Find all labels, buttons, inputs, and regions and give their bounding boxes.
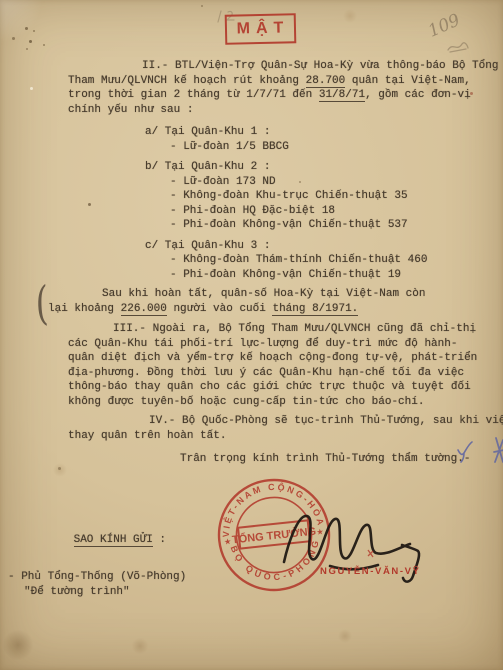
paper-stain xyxy=(43,44,45,46)
doc-line: - Không-đoàn Khu-trục Chiến-thuật 35 xyxy=(68,189,476,204)
paragraph: c/ Tại Quân-Khu 3 :- Không-đoàn Thám-thí… xyxy=(68,239,476,283)
doc-line: - Phi-đoàn Không-vận Chiến-thuật 537 xyxy=(68,218,476,233)
doc-line: IV.- Bộ Quốc-Phòng sẽ tục-trình Thủ-Tướn… xyxy=(68,414,476,429)
doc-line: lại khoảng 226.000 người vào cuối tháng … xyxy=(48,302,476,317)
doc-text: - Không-đoàn Khu-trục Chiến-thuật 35 xyxy=(170,190,408,202)
document-body: II.- BTL/Viện-Trợ Quân-Sự Hoa-Kỳ vừa thô… xyxy=(68,59,476,467)
doc-text: a/ Tại Quân-Khu 1 : xyxy=(145,126,270,138)
footer-line: "Để tường trình" xyxy=(24,585,186,600)
pencil-scribble xyxy=(446,40,470,54)
paragraph: III.- Ngoài ra, Bộ Tổng Tham Mưu/QLVNCH … xyxy=(68,322,476,409)
doc-text: không được tuyên-bố hoặc cung-cấp tin-tứ… xyxy=(68,396,424,408)
closing-handwritten-mark xyxy=(456,440,476,464)
doc-text: 28.700 xyxy=(306,75,346,88)
doc-line: - Phi-đoàn Không-vận Chiến-thuật 19 xyxy=(68,268,476,283)
footer-heading-colon: : xyxy=(153,534,166,546)
paragraph: Trân trọng kính trình Thủ-Tướng thẩm tườ… xyxy=(68,452,476,467)
doc-text: các Quân-Khu tái phối-trí lực-lượng để d… xyxy=(68,338,457,350)
doc-line: Sau khi hoàn tất, quân-số Hoa-Kỳ tại Việ… xyxy=(68,287,476,302)
doc-text: c/ Tại Quân-Khu 3 : xyxy=(145,240,270,252)
doc-line: - Phi-đoàn HQ Đặc-biệt 18 xyxy=(68,204,476,219)
paper-stain xyxy=(26,48,28,50)
doc-text: Tham Mưu/QLVNCH kế hoạch rút khoảng xyxy=(68,75,306,87)
doc-text: - Phi-đoàn HQ Đặc-biệt 18 xyxy=(170,205,335,217)
doc-text: - Không-đoàn Thám-thính Chiến-thuật 460 xyxy=(170,254,427,266)
doc-text: - Phi-đoàn Không-vận Chiến-thuật 537 xyxy=(170,219,408,231)
doc-text: quân diệt địch và yểm-trợ kế hoạch cộng-… xyxy=(68,352,477,364)
doc-text: Sau khi hoàn tất, quân-số Hoa-Kỳ tại Việ… xyxy=(102,288,425,300)
footer-heading-text: SAO KÍNH GỬI xyxy=(74,534,153,547)
doc-text: IV.- Bộ Quốc-Phòng sẽ tục-trình Thủ-Tướn… xyxy=(149,415,503,427)
doc-text: - Phi-đoàn Không-vận Chiến-thuật 19 xyxy=(170,269,401,281)
footer-heading: SAO KÍNH GỬI : xyxy=(34,518,186,563)
paragraph: Sau khi hoàn tất, quân-số Hoa-Kỳ tại Việ… xyxy=(68,287,476,316)
doc-line: các Quân-Khu tái phối-trí lực-lượng để d… xyxy=(68,337,476,352)
doc-line: địa-phương. Đồng thời lưu ý các Quân-Khu… xyxy=(68,366,476,381)
doc-line: - Lữ-đoàn 1/5 BBCG xyxy=(68,140,476,155)
doc-line: - Lữ-đoàn 173 ND xyxy=(68,175,476,190)
doc-text: - Lữ-đoàn 173 ND xyxy=(170,176,276,188)
document-page: 109 MẬT II.- BTL/Viện-Trợ Quân-Sự Hoa-Kỳ… xyxy=(0,0,503,670)
doc-text: trong thời gian 2 tháng từ 1/7/71 đến xyxy=(68,89,319,101)
doc-text: thay quân trên hoàn tất. xyxy=(68,430,226,442)
paragraph: a/ Tại Quân-Khu 1 :- Lữ-đoàn 1/5 BBCG xyxy=(68,125,476,154)
doc-line: thông-báo thay quân cho các giới chức tr… xyxy=(68,380,476,395)
doc-line: trong thời gian 2 tháng từ 1/7/71 đến 31… xyxy=(68,88,476,103)
paper-stain xyxy=(12,37,15,40)
footer-line: - Phủ Tổng-Thống (Võ-Phòng) xyxy=(8,570,186,585)
paragraph: II.- BTL/Viện-Trợ Quân-Sự Hoa-Kỳ vừa thô… xyxy=(68,59,476,117)
paper-stain xyxy=(33,30,35,32)
doc-line: Tham Mưu/QLVNCH kế hoạch rút khoảng 28.7… xyxy=(68,74,476,89)
doc-line: không được tuyên-bố hoặc cung-cấp tin-tứ… xyxy=(68,395,476,410)
paper-stain xyxy=(30,87,33,90)
signer-name: NGUYỄN-VĂN-VỸ xyxy=(320,566,421,577)
doc-line: III.- Ngoài ra, Bộ Tổng Tham Mưu/QLVNCH … xyxy=(68,322,476,337)
doc-text: , gồm các đơn-vị xyxy=(365,89,471,101)
paper-stain xyxy=(25,27,28,30)
doc-line: - Không-đoàn Thám-thính Chiến-thuật 460 xyxy=(68,253,476,268)
doc-line: thay quân trên hoàn tất. xyxy=(68,429,476,444)
classification-stamp: MẬT xyxy=(225,13,297,44)
edge-handwritten-mark xyxy=(492,436,503,466)
doc-text: địa-phương. Đồng thời lưu ý các Quân-Khu… xyxy=(68,367,464,379)
signature xyxy=(276,494,446,604)
doc-line: b/ Tại Quân-Khu 2 : xyxy=(68,160,476,175)
paragraph: b/ Tại Quân-Khu 2 :- Lữ-đoàn 173 ND- Khô… xyxy=(68,160,476,233)
doc-line: quân diệt địch và yểm-trợ kế hoạch cộng-… xyxy=(68,351,476,366)
doc-text: 31/8/71 xyxy=(319,89,365,102)
paper-stain xyxy=(58,467,61,470)
doc-text: lại khoảng xyxy=(48,303,121,315)
doc-text: tháng 8/1971. xyxy=(272,303,358,316)
doc-text: thông-báo thay quân cho các giới chức tr… xyxy=(68,381,471,393)
doc-text: 226.000 xyxy=(121,303,167,316)
footer-distribution: SAO KÍNH GỬI : - Phủ Tổng-Thống (Võ-Phòn… xyxy=(8,518,186,600)
seal-star-left: ★ xyxy=(224,538,232,547)
doc-line: II.- BTL/Viện-Trợ Quân-Sự Hoa-Kỳ vừa thô… xyxy=(68,59,476,74)
paragraph: IV.- Bộ Quốc-Phòng sẽ tục-trình Thủ-Tướn… xyxy=(68,414,476,443)
doc-text: II.- BTL/Viện-Trợ Quân-Sự Hoa-Kỳ vừa thô… xyxy=(142,60,498,72)
paper-stain xyxy=(29,40,32,43)
doc-line: a/ Tại Quân-Khu 1 : xyxy=(68,125,476,140)
doc-text: III.- Ngoài ra, Bộ Tổng Tham Mưu/QLVNCH … xyxy=(113,323,476,335)
doc-line: chính yếu như sau : xyxy=(68,103,476,118)
doc-text: chính yếu như sau : xyxy=(68,104,193,116)
paper-stain xyxy=(201,5,203,7)
doc-text: b/ Tại Quân-Khu 2 : xyxy=(145,161,270,173)
margin-bracket-annotation: ( xyxy=(35,276,50,331)
page-number-annotation: 109 xyxy=(425,10,463,41)
doc-text: người vào cuối xyxy=(167,303,273,315)
doc-text: - Lữ-đoàn 1/5 BBCG xyxy=(170,141,289,153)
doc-line: Trân trọng kính trình Thủ-Tướng thẩm tườ… xyxy=(68,452,476,467)
doc-text: quân tại Việt-Nam, xyxy=(345,75,470,87)
doc-line: c/ Tại Quân-Khu 3 : xyxy=(68,239,476,254)
doc-text: Trân trọng kính trình Thủ-Tướng thẩm tườ… xyxy=(180,453,470,465)
